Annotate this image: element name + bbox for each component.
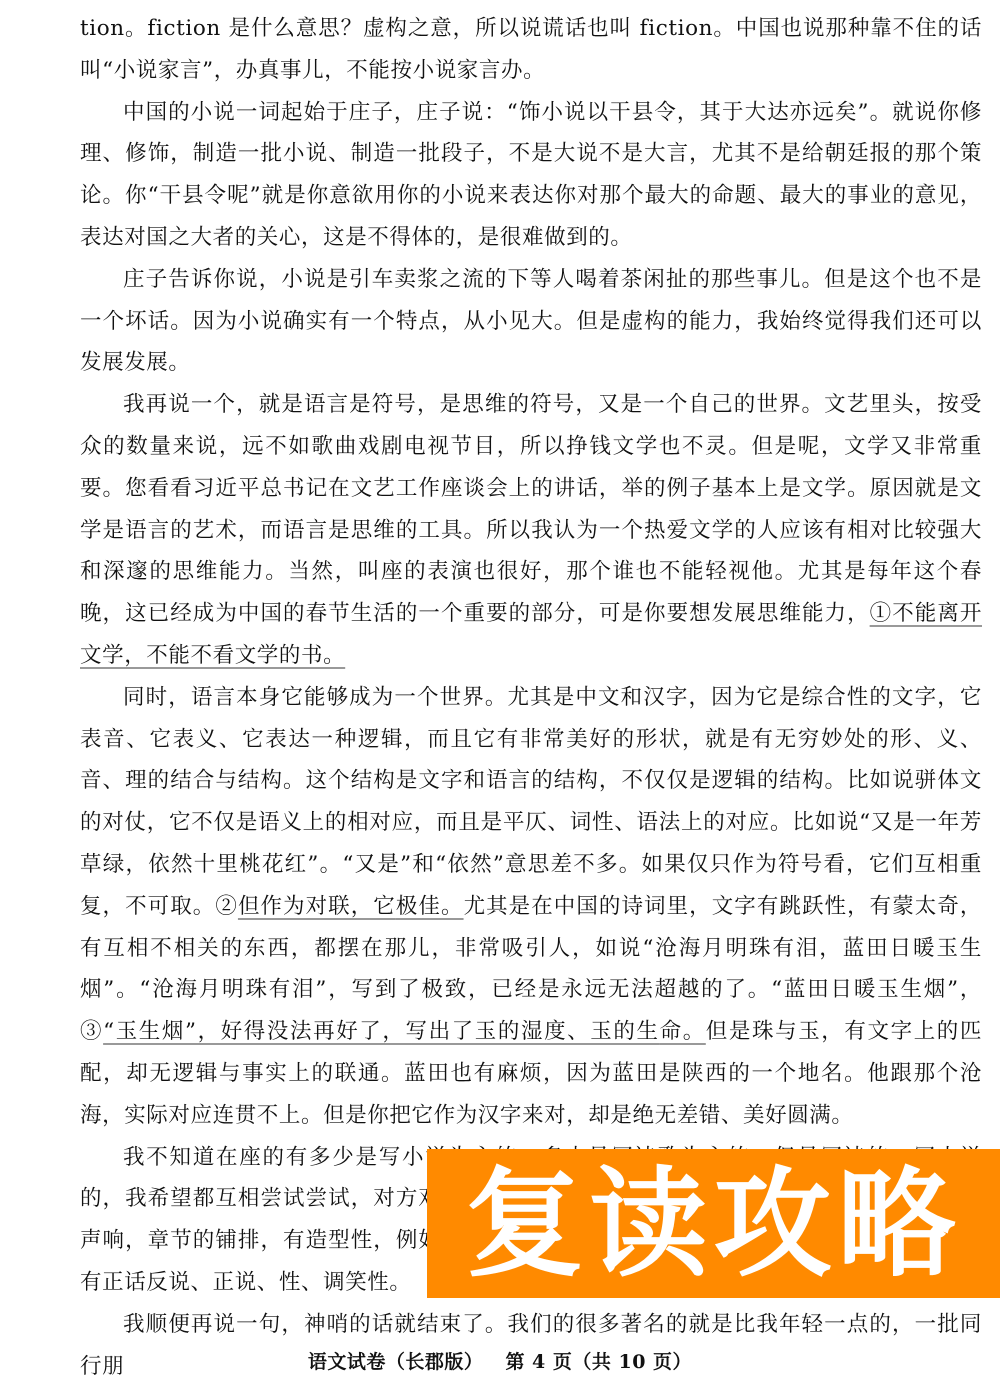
text-line: 的关心，这是不得体的，是很难做到的。 — [235, 225, 633, 250]
watermark-banner: 复读攻略 — [427, 1149, 1000, 1298]
paragraph: tion。fiction 是什么意思？虚构之意，所以说谎话也叫 fiction。… — [80, 8, 982, 92]
underlined-sentence-2: 但作为对联，它极佳。 — [238, 894, 464, 919]
text-line: 生活的一个重要的部分，可是你要想发展思维能力， — [351, 601, 870, 626]
underlined-text: “玉生烟”，好得没法再好了，写出了玉的湿度、玉的生 — [103, 1019, 659, 1044]
text-line: 性、调笑性。 — [279, 1270, 412, 1295]
paragraph: 同时，语言本身它能够成为一个世界。尤其是中文和汉字，因为它是综合性的文字，它表音… — [80, 677, 982, 1137]
text-line: 家言”，办真事儿，不能按小说家言办。 — [158, 58, 545, 83]
underlined-sentence-3: “玉生烟”，好得没法再好了，写出了玉的湿度、玉的生命。 — [103, 1019, 706, 1044]
text-line: 发展。 — [124, 350, 190, 375]
page-number: 第 4 页（共 10 页） — [505, 1351, 692, 1373]
text-line: 好圆满。 — [765, 1103, 853, 1128]
page-footer: 语文试卷（长郡版）第 4 页（共 10 页） — [0, 1347, 1000, 1374]
underlined-text: 极佳。 — [396, 894, 464, 919]
paragraph: 庄子告诉你说，小说是引车卖浆之流的下等人喝着茶闲扯的那些事儿。但是这个也不是一个… — [80, 259, 982, 384]
underlined-text: 但作为对联，它 — [238, 894, 396, 919]
paragraph: 中国的小说一词起始于庄子，庄子说：“饰小说以干县令，其于大达亦远矣”。就说你修理… — [80, 92, 982, 259]
paragraph: 我顺便再说一句，神哨的话就结束了。我们的很多著名的就是比我年轻一点的，一批同行朋 — [80, 1304, 982, 1388]
underlined-text: 命。 — [660, 1019, 706, 1044]
paragraph: 我再说一个，就是语言是符号，是思维的符号，又是一个自己的世界。文艺里头，按受众的… — [80, 384, 982, 677]
exam-title: 语文试卷（长郡版） — [308, 1351, 484, 1373]
watermark-text: 复读攻略 — [465, 1165, 961, 1283]
text-line: 个坏话。因为小说确实有一个特点，从小见大。但是虚构的能力，我始终觉得我们还可以发… — [80, 309, 982, 376]
